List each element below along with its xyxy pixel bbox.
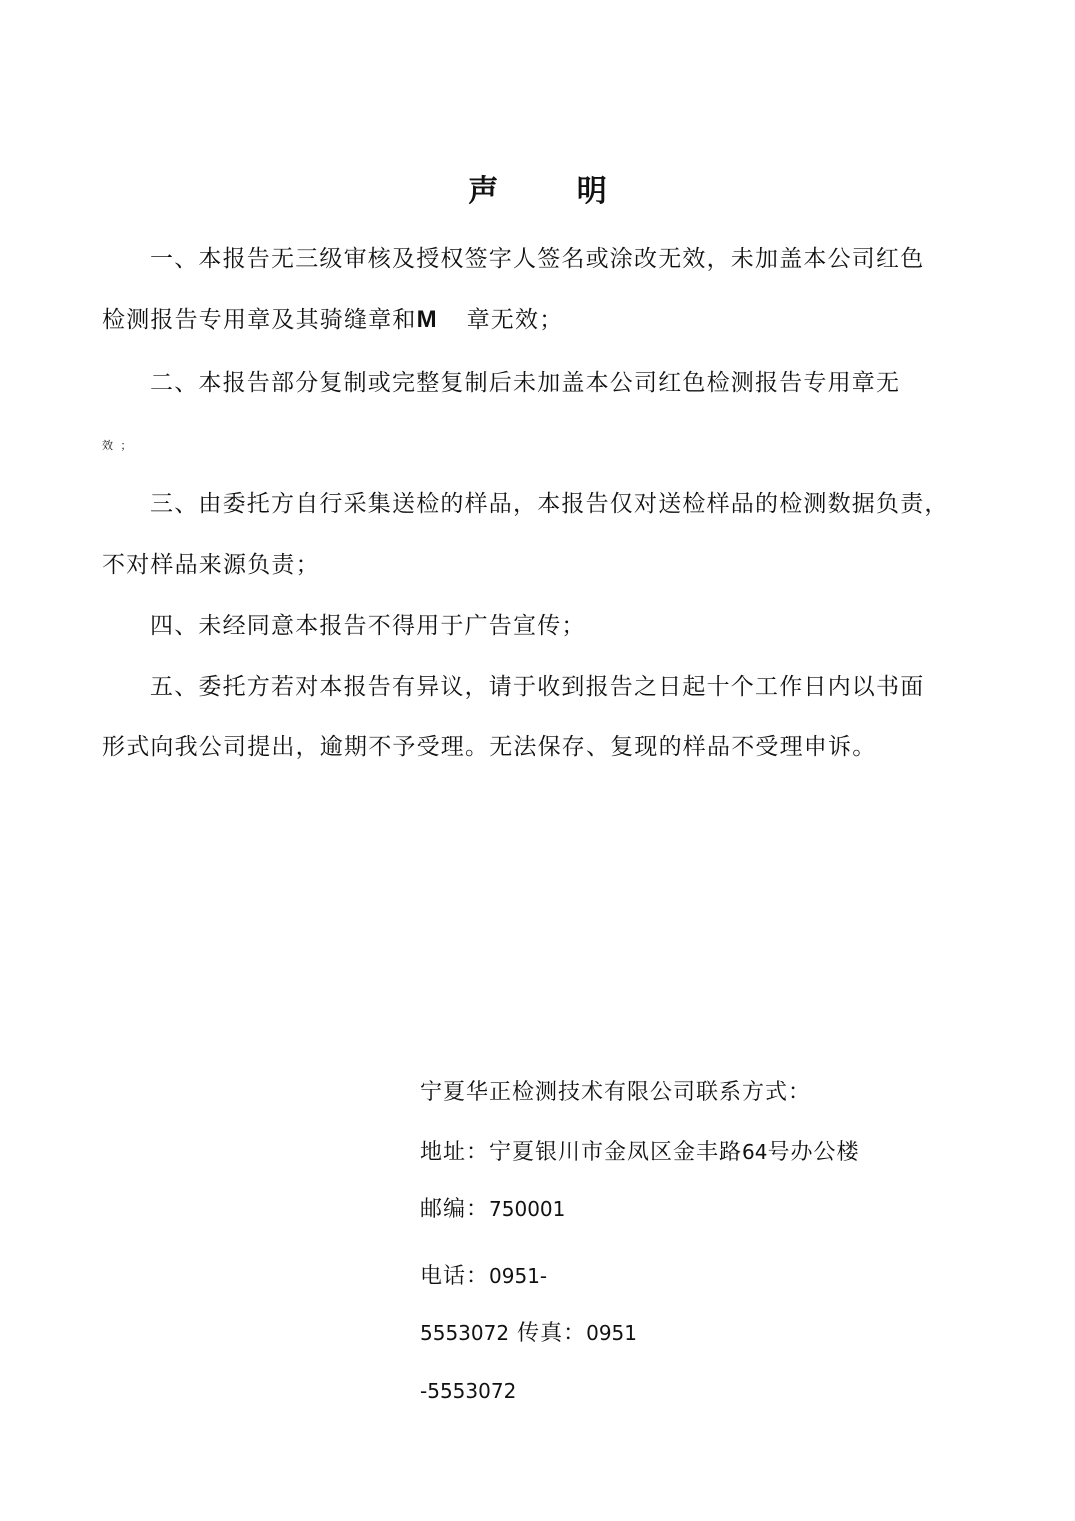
address-number: 64 (742, 1140, 767, 1164)
page-title: 声 明 (0, 166, 1075, 210)
contact-postcode: 邮编：750001 (420, 1194, 565, 1225)
contact-heading: 宁夏华正检测技术有限公司联系方式： (420, 1078, 811, 1108)
postcode-value: 750001 (489, 1197, 565, 1221)
clause-3-line-2: 不对样品来源负责； (102, 550, 320, 580)
address-text: 宁夏银川市金凤区金丰路 (489, 1140, 742, 1165)
clause-2-line-1: 二、本报告部分复制或完整复制后未加盖本公司红色检测报告专用章无 (150, 368, 900, 398)
mark-symbol: M (417, 306, 437, 333)
clause-1-text: 检测报告专用章及其骑缝章和 (102, 307, 417, 333)
phone-value-part2: 5553072 (420, 1321, 509, 1345)
clause-2-line-2: 效 ； (102, 438, 134, 454)
fax-value-part2: -5553072 (420, 1379, 516, 1403)
clause-1-line-1: 一、本报告无三级审核及授权签字人签名或涂改无效，未加盖本公司红色 (150, 244, 924, 274)
clause-1-line-2: 检测报告专用章及其骑缝章和M章无效； (102, 305, 563, 335)
address-text-end: 号办公楼 (767, 1140, 859, 1165)
fax-label: 传真： (517, 1321, 586, 1346)
contact-fax: -5553072 (420, 1376, 516, 1407)
address-label: 地址： (420, 1140, 489, 1165)
contact-phone: 电话：0951- (420, 1261, 547, 1292)
phone-value-part1: 0951- (489, 1264, 547, 1288)
fax-value-part1: 0951 (586, 1321, 637, 1345)
clause-3-line-1: 三、由委托方自行采集送检的样品，本报告仅对送检样品的检测数据负责， (150, 489, 949, 519)
contact-address: 地址：宁夏银川市金凤区金丰路64号办公楼 (420, 1137, 860, 1168)
phone-label: 电话： (420, 1264, 489, 1289)
clause-5-line-2: 形式向我公司提出，逾期不予受理。无法保存、复现的样品不受理申诉。 (102, 732, 876, 762)
clause-1-text-end: 章无效； (467, 307, 564, 333)
contact-phone-fax: 5553072 传真：0951 (420, 1318, 637, 1349)
clause-5-line-1: 五、委托方若对本报告有异议，请于收到报告之日起十个工作日内以书面 (150, 672, 924, 702)
postcode-label: 邮编： (420, 1197, 489, 1222)
clause-4-line-1: 四、未经同意本报告不得用于广告宣传； (150, 611, 586, 641)
